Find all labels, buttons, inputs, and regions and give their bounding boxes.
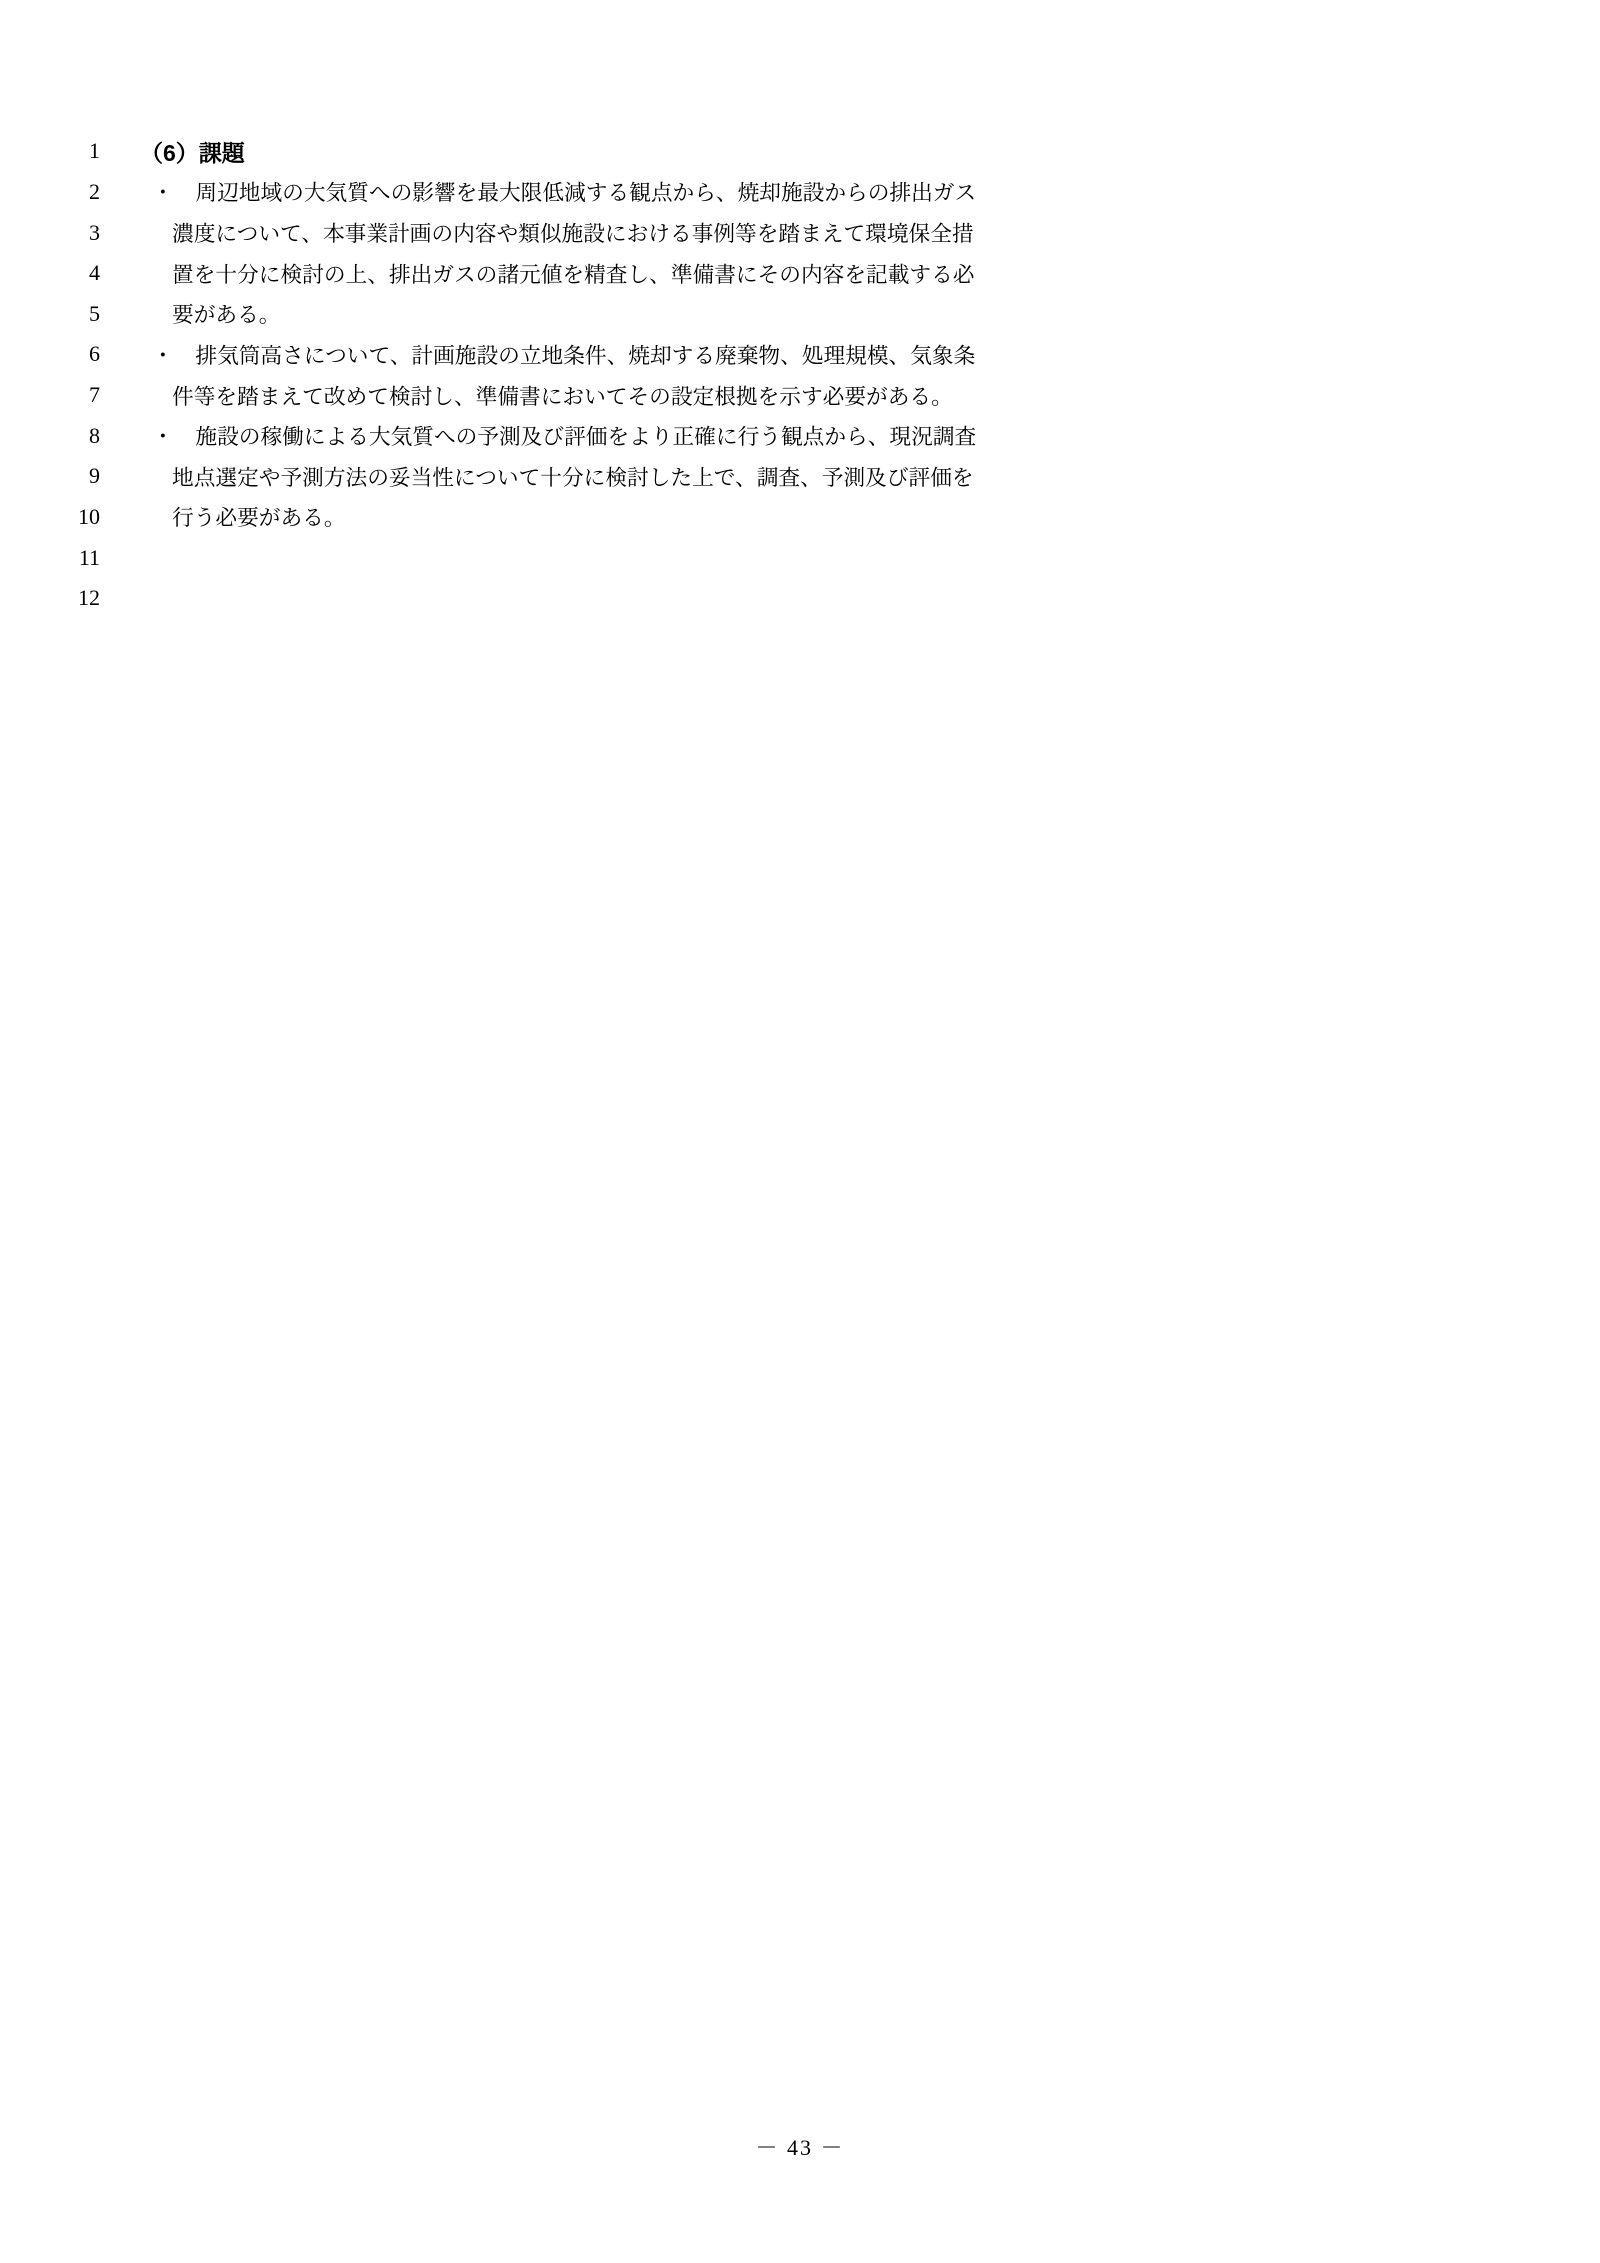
line-number: 10 [0,504,100,530]
document-line: 10 行う必要がある。 [0,497,1600,538]
document-line: 12 [0,578,1600,619]
line-number: 9 [0,463,100,489]
line-text: 要がある。 [100,298,280,329]
line-text: 置を十分に検討の上、排出ガスの諸元値を精査し、準備書にその内容を記載する必 [100,258,974,289]
line-number: 2 [0,179,100,205]
line-number: 3 [0,220,100,246]
document-line: 9 地点選定や予測方法の妥当性について十分に検討した上で、調査、予測及び評価を [0,456,1600,497]
line-text: 地点選定や予測方法の妥当性について十分に検討した上で、調査、予測及び評価を [100,461,974,492]
document-line: 1 （6）課題 [0,131,1600,172]
line-number: 4 [0,260,100,286]
line-number: 8 [0,423,100,449]
document-line: 4 置を十分に検討の上、排出ガスの諸元値を精査し、準備書にその内容を記載する必 [0,253,1600,294]
line-text: （6）課題 [100,135,245,168]
line-number: 1 [0,138,100,164]
document-line: 7 件等を踏まえて改めて検討し、準備書においてその設定根拠を示す必要がある。 [0,375,1600,416]
document-line: 11 [0,537,1600,578]
line-text: ・ 施設の稼働による大気質への予測及び評価をより正確に行う観点から、現況調査 [100,420,976,451]
document-page: 1 （6）課題 2 ・ 周辺地域の大気質への影響を最大限低減する観点から、焼却施… [0,0,1600,2263]
document-lines: 1 （6）課題 2 ・ 周辺地域の大気質への影響を最大限低減する観点から、焼却施… [0,131,1600,619]
document-line: 5 要がある。 [0,294,1600,335]
line-text: 濃度について、本事業計画の内容や類似施設における事例等を踏まえて環境保全措 [100,217,974,248]
line-text: ・ 周辺地域の大気質への影響を最大限低減する観点から、焼却施設からの排出ガス [100,176,976,207]
document-line: 2 ・ 周辺地域の大気質への影響を最大限低減する観点から、焼却施設からの排出ガス [0,172,1600,213]
page-number: － 43 － [0,2131,1600,2162]
line-text: 行う必要がある。 [100,501,346,532]
document-line: 6 ・ 排気筒高さについて、計画施設の立地条件、焼却する廃棄物、処理規模、気象条 [0,334,1600,375]
line-number: 12 [0,585,100,611]
line-text: 件等を踏まえて改めて検討し、準備書においてその設定根拠を示す必要がある。 [100,380,953,411]
line-number: 6 [0,341,100,367]
line-number: 7 [0,382,100,408]
line-number: 5 [0,301,100,327]
line-text: ・ 排気筒高さについて、計画施設の立地条件、焼却する廃棄物、処理規模、気象条 [100,339,975,370]
document-line: 8 ・ 施設の稼働による大気質への予測及び評価をより正確に行う観点から、現況調査 [0,415,1600,456]
line-number: 11 [0,545,100,571]
document-line: 3 濃度について、本事業計画の内容や類似施設における事例等を踏まえて環境保全措 [0,212,1600,253]
